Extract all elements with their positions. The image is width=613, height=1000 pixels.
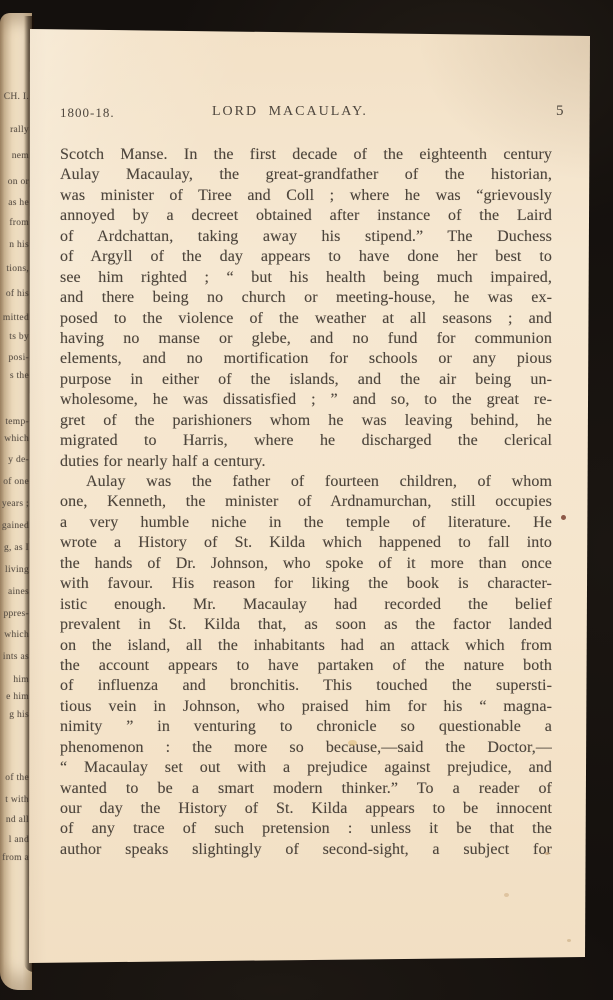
text-line: wholesome, he was dissatisfied ; ” and s…	[60, 390, 552, 410]
page-header: 1800-18. LORD MACAULAY. 5	[60, 103, 566, 123]
text-line: phenomenon : the more so because,—said t…	[60, 738, 552, 758]
text-line: purpose in either of the islands, and th…	[60, 370, 552, 390]
text-line: elements, and no mortification for schoo…	[60, 349, 552, 369]
page-number: 5	[556, 103, 564, 120]
text-line: of any trace of such pretension : unless…	[60, 819, 552, 839]
ink-speck	[545, 852, 549, 855]
text-line: prevalent in St. Kilda that, as soon as …	[60, 615, 552, 635]
text-line: a very humble niche in the temple of lit…	[60, 513, 552, 533]
text-line: was minister of Tiree and Coll ; where h…	[60, 186, 552, 206]
text-line: nimity ” in venturing to chronicle so qu…	[60, 717, 552, 737]
text-line: istic enough. Mr. Macaulay had recorded …	[60, 595, 552, 615]
ink-speck	[567, 939, 571, 942]
text-line: annoyed by a decreet obtained after inst…	[60, 206, 552, 226]
text-line: Scotch Manse. In the first decade of the…	[60, 145, 552, 165]
book-photograph: CH. I.rallynemon oras hefromn histions,o…	[0, 0, 613, 1000]
body-text: Scotch Manse. In the first decade of the…	[60, 145, 552, 860]
text-line: duties for nearly half a century.	[60, 452, 552, 472]
book-page: 1800-18. LORD MACAULAY. 5 Scotch Manse. …	[0, 0, 613, 1000]
text-line: Aulay was the father of fourteen childre…	[60, 472, 552, 492]
ink-speck	[348, 740, 357, 746]
text-line: “ Macaulay set out with a prejudice agai…	[60, 758, 552, 778]
text-line: wrote a History of St. Kilda which happe…	[60, 533, 552, 553]
text-line: the account appears to have partaken of …	[60, 656, 552, 676]
ink-speck	[561, 515, 566, 520]
header-date-range: 1800-18.	[60, 105, 115, 121]
text-line: wanted to be a smart modern thinker.” To…	[60, 779, 552, 799]
text-line: our day the History of St. Kilda appears…	[60, 799, 552, 819]
text-line: the hands of Dr. Johnson, who spoke of i…	[60, 554, 552, 574]
ink-speck	[504, 893, 509, 897]
text-line: migrated to Harris, where he discharged …	[60, 431, 552, 451]
text-line: of Ardchattan, taking away his stipend.”…	[60, 227, 552, 247]
text-line: of influenza and bronchitis. This touche…	[60, 676, 552, 696]
text-line: of Argyll of the day appears to have don…	[60, 247, 552, 267]
text-line: on the island, all the inhabitants had a…	[60, 636, 552, 656]
text-line: gret of the parishioners whom he was lea…	[60, 411, 552, 431]
running-title: LORD MACAULAY.	[212, 104, 368, 120]
text-line: Aulay Macaulay, the great-grandfather of…	[60, 165, 552, 185]
text-line: author speaks slightingly of second-sigh…	[60, 840, 552, 860]
text-line: one, Kenneth, the minister of Ardnamurch…	[60, 492, 552, 512]
text-line: with favour. His reason for liking the b…	[60, 574, 552, 594]
text-line: having no manse or glebe, and no fund fo…	[60, 329, 552, 349]
text-line: tious vein in Johnson, who praised him f…	[60, 697, 552, 717]
text-line: posed to the violence of the weather at …	[60, 309, 552, 329]
text-line: see him righted ; “ but his health being…	[60, 268, 552, 288]
text-line: and there being no church or meeting-hou…	[60, 288, 552, 308]
